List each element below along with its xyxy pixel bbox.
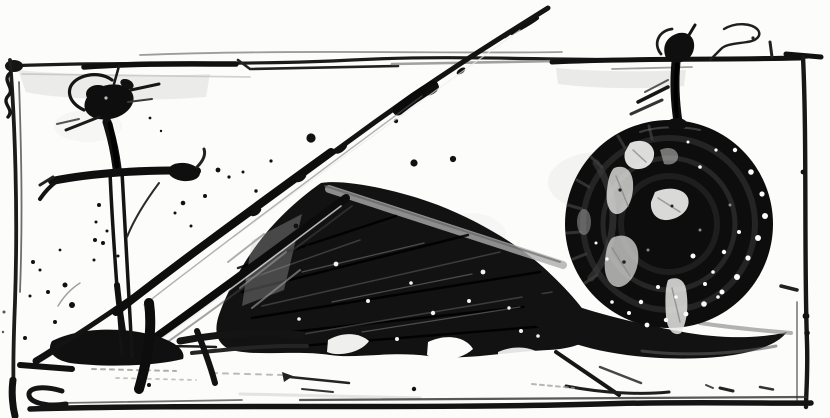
ink-drawing-canvas: Ink sketch — knight's arms resting on th…: [0, 0, 830, 418]
ink-drawing: Ink sketch — knight's arms resting on th…: [0, 0, 830, 418]
